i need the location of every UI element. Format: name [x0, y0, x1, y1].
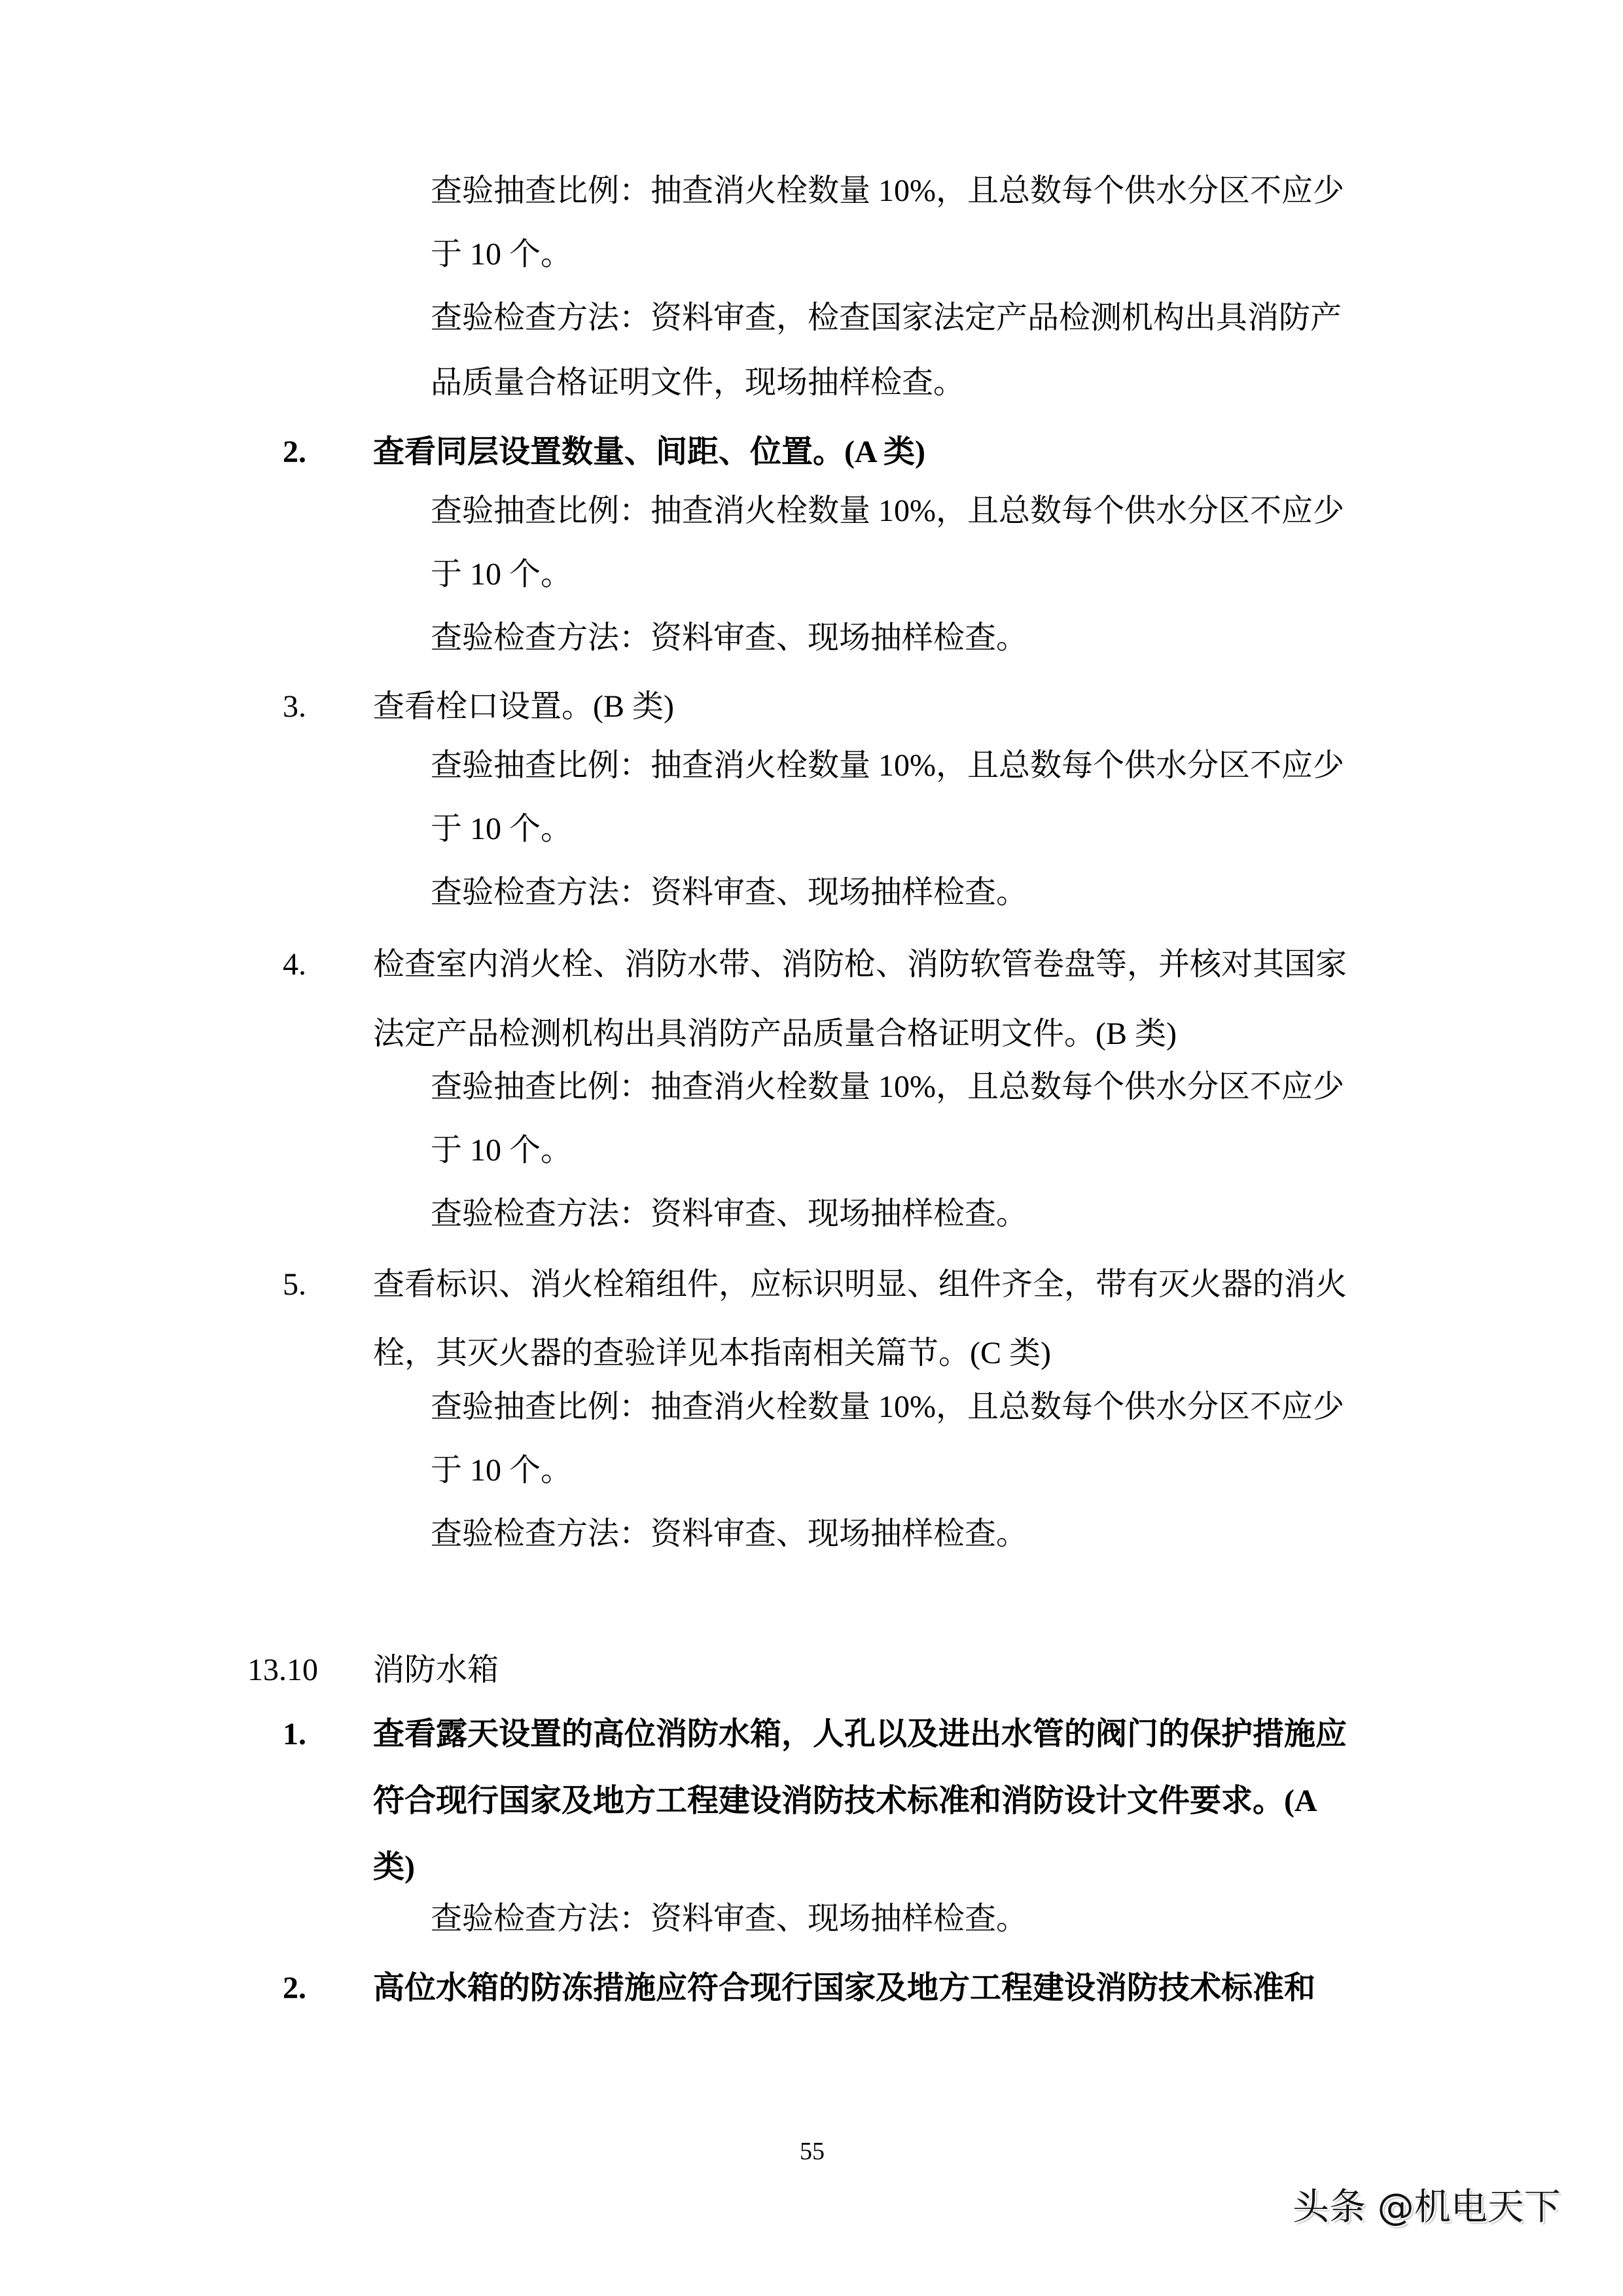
section-number: 13.10 [247, 1651, 318, 1690]
item-number: 2. [283, 433, 306, 472]
item-text: 检查室内消火栓、消防水带、消防枪、消防软管卷盘等，并核对其国家 [373, 945, 1347, 984]
sampling-ratio-line-cont: 于 10 个。 [431, 1131, 572, 1170]
item-text-cont: 栓，其灭火器的查验详见本指南相关篇节。(C 类) [373, 1334, 1051, 1373]
inspection-method-line: 查验检查方法：资料审查，检查国家法定产品检测机构出具消防产 [431, 298, 1342, 338]
inspection-method-line: 查验检查方法：资料审查、现场抽样检查。 [431, 1515, 1027, 1554]
sampling-ratio-line: 查验抽查比例：抽查消火栓数量 10%，且总数每个供水分区不应少 [431, 746, 1344, 785]
page-number: 55 [800, 2135, 825, 2168]
inspection-method-line-cont: 品质量合格证明文件，现场抽样检查。 [431, 363, 965, 403]
sampling-ratio-line-cont: 于 10 个。 [431, 235, 572, 274]
sampling-ratio-line: 查验抽查比例：抽查消火栓数量 10%，且总数每个供水分区不应少 [431, 171, 1344, 211]
item-text: 查看标识、消火栓箱组件，应标识明显、组件齐全，带有灭火器的消火 [373, 1265, 1347, 1304]
item-text: 查看栓口设置。(B 类) [373, 687, 674, 726]
item-text: 高位水箱的防冻措施应符合现行国家及地方工程建设消防技术标准和 [373, 1969, 1315, 2008]
item-number: 2. [283, 1969, 306, 2008]
item-text-cont: 符合现行国家及地方工程建设消防技术标准和消防设计文件要求。(A [373, 1782, 1317, 1821]
item-number: 5. [283, 1265, 306, 1304]
sampling-ratio-line-cont: 于 10 个。 [431, 810, 572, 849]
item-number: 4. [283, 945, 306, 984]
section-title: 消防水箱 [373, 1651, 499, 1690]
sampling-ratio-line: 查验抽查比例：抽查消火栓数量 10%，且总数每个供水分区不应少 [431, 1067, 1344, 1107]
sampling-ratio-line-cont: 于 10 个。 [431, 1451, 572, 1490]
sampling-ratio-line: 查验抽查比例：抽查消火栓数量 10%，且总数每个供水分区不应少 [431, 492, 1344, 531]
watermark: 头条 @机电天下 [1293, 2185, 1561, 2231]
sampling-ratio-line-cont: 于 10 个。 [431, 555, 572, 594]
item-number: 1. [283, 1715, 306, 1754]
inspection-method-line: 查验检查方法：资料审查、现场抽样检查。 [431, 1194, 1027, 1234]
item-text: 查看同层设置数量、间距、位置。(A 类) [373, 433, 925, 472]
inspection-method-line: 查验检查方法：资料审查、现场抽样检查。 [431, 873, 1027, 912]
inspection-method-line: 查验检查方法：资料审查、现场抽样检查。 [431, 619, 1027, 658]
item-text: 查看露天设置的高位消防水箱，人孔以及进出水管的阀门的保护措施应 [373, 1715, 1347, 1754]
item-text-cont: 法定产品检测机构出具消防产品质量合格证明文件。(B 类) [373, 1014, 1177, 1054]
inspection-method-line: 查验检查方法：资料审查、现场抽样检查。 [431, 1899, 1027, 1939]
sampling-ratio-line: 查验抽查比例：抽查消火栓数量 10%，且总数每个供水分区不应少 [431, 1388, 1344, 1427]
item-text-cont: 类) [373, 1848, 415, 1887]
item-number: 3. [283, 687, 306, 726]
